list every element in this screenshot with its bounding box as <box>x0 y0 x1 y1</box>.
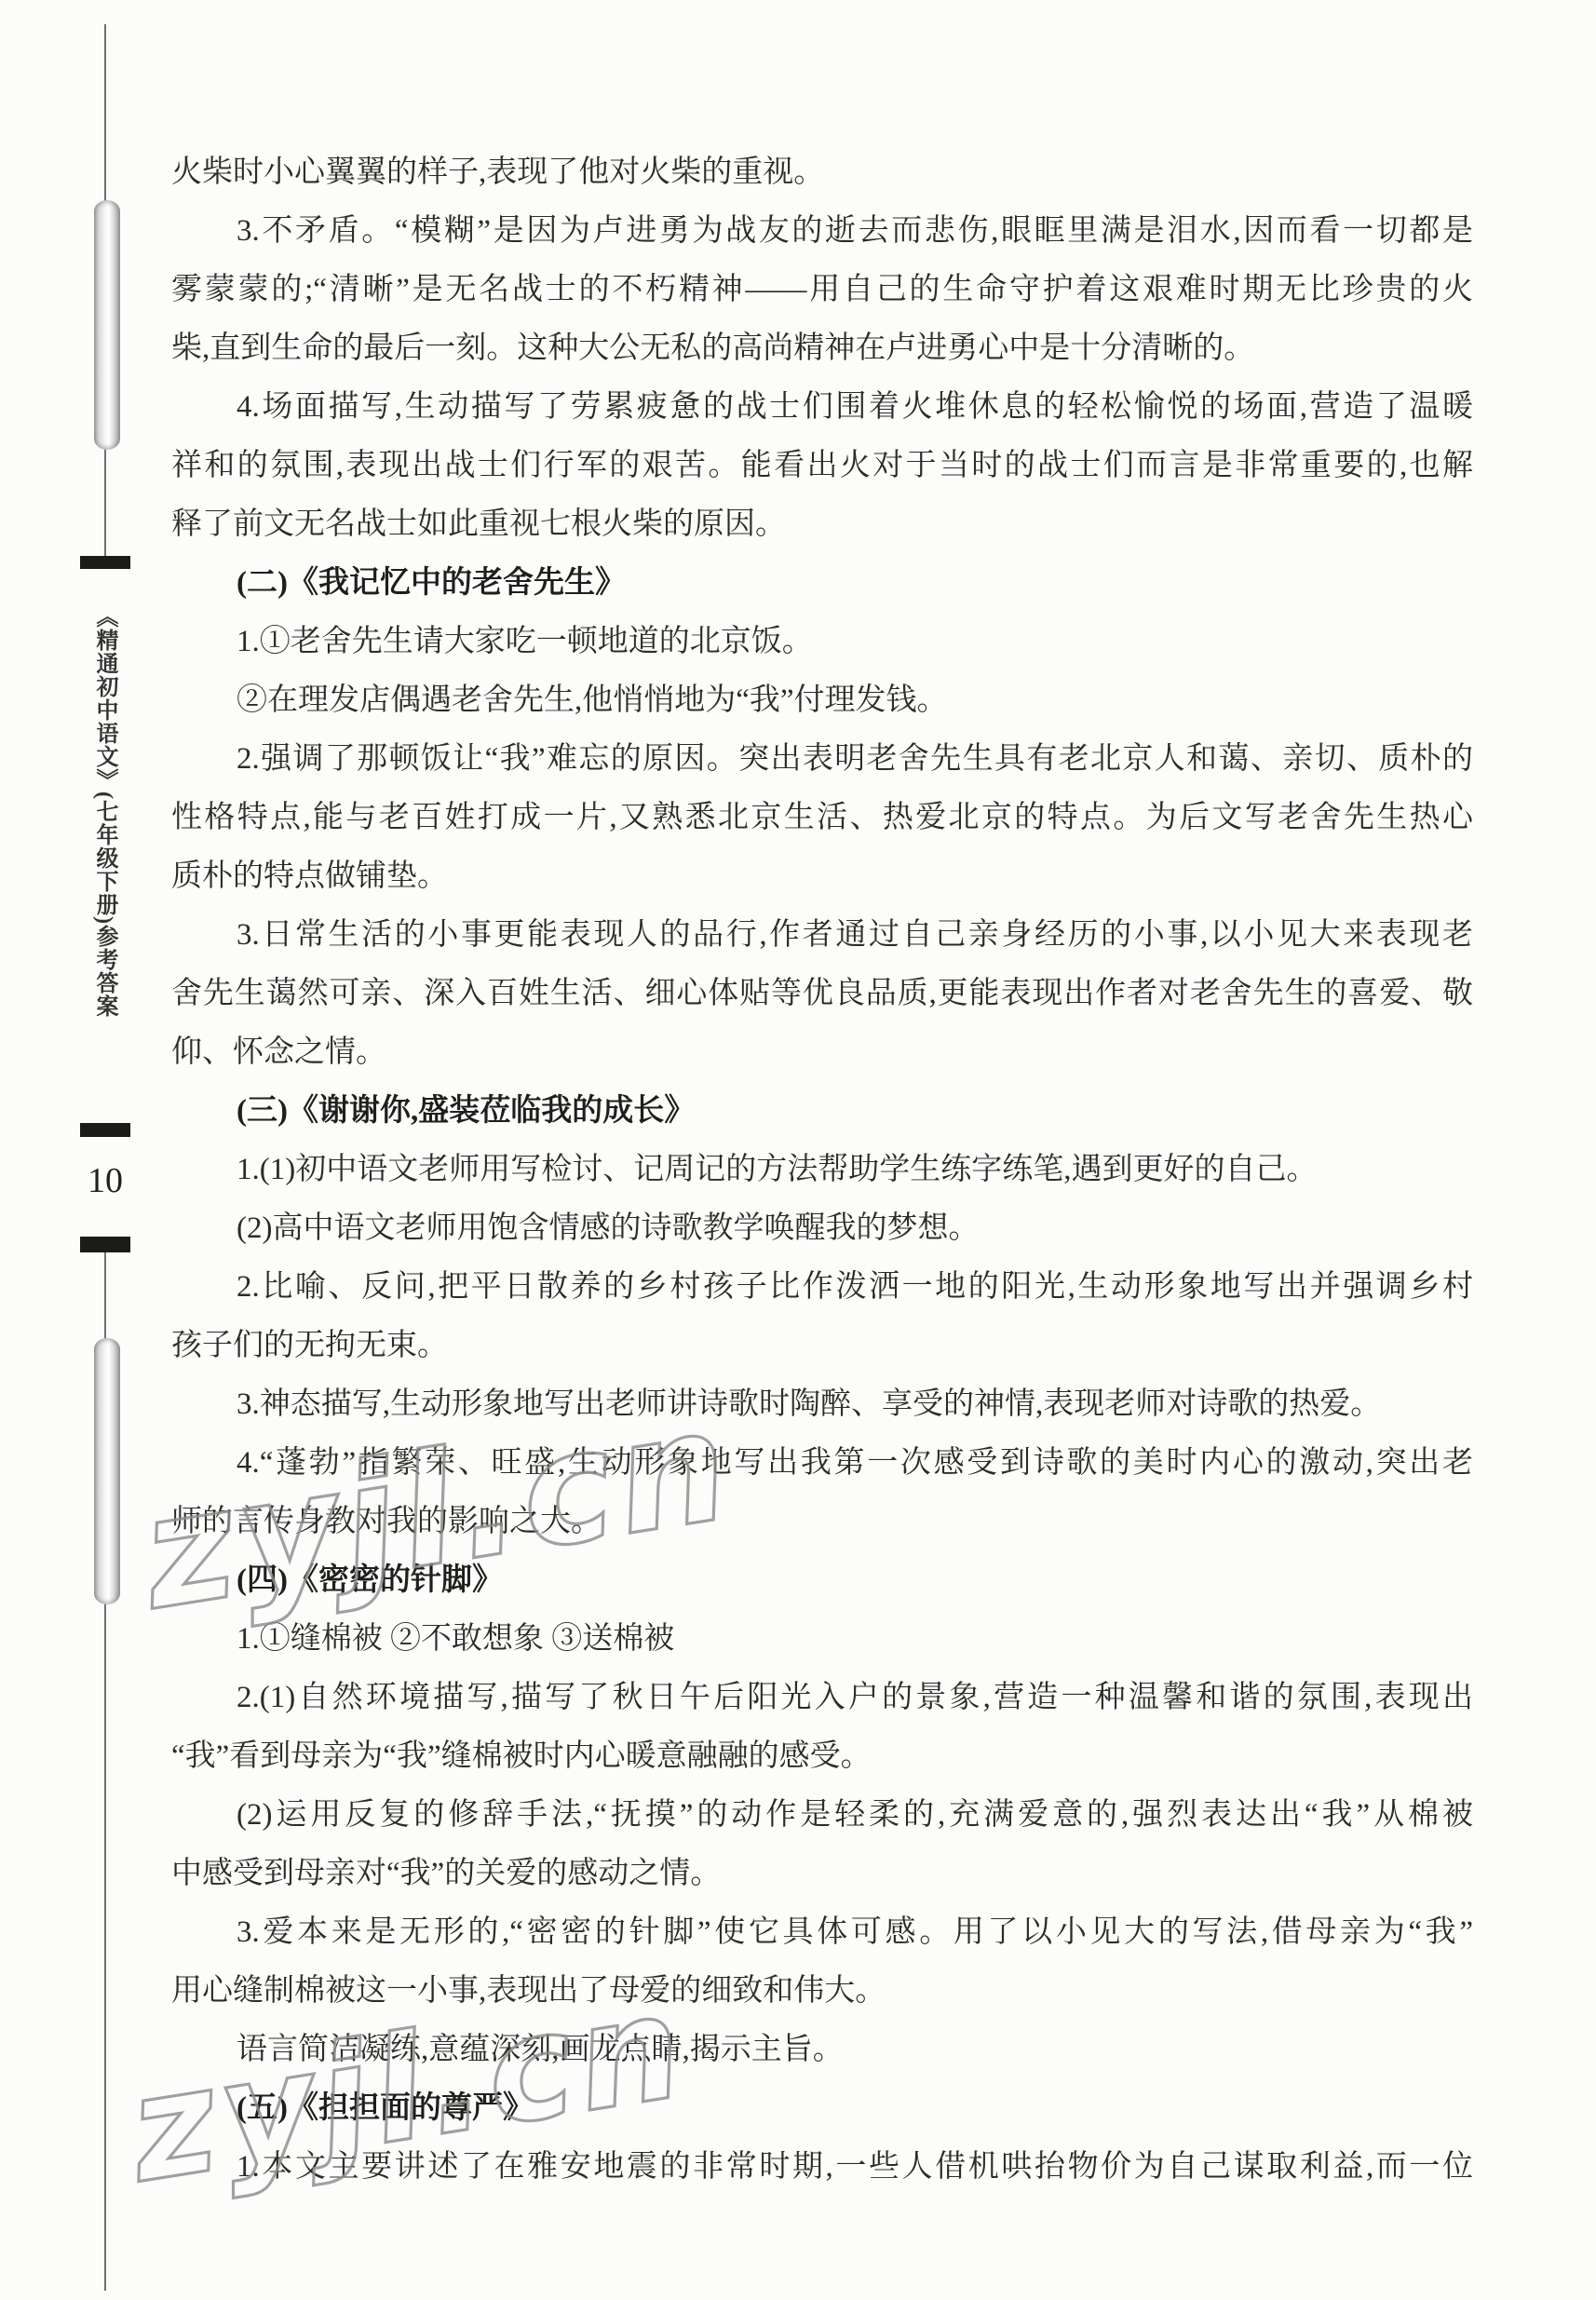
text-line: 师的言传身教对我的影响之大。 <box>171 1493 1473 1551</box>
text-line: “我”看到母亲为“我”缝棉被时内心暖意融融的感受。 <box>171 1727 1473 1786</box>
text-line: (2)高中语文老师用饱含情感的诗歌教学唤醒我的梦想。 <box>171 1199 1473 1258</box>
text-line: ②在理发店偶遇老舍先生,他悄悄地为“我”付理发钱。 <box>171 671 1473 730</box>
text-line: 3.不矛盾。“模糊”是因为卢进勇为战友的逝去而悲伤,眼眶里满是泪水,因而看一切都… <box>171 202 1473 261</box>
text-line: 4.“蓬勃”指繁荣、旺盛,生动形象地写出我第一次感受到诗歌的美时内心的激动,突出… <box>171 1434 1473 1493</box>
margin-black-bar-1 <box>80 556 130 569</box>
margin-black-bar-2 <box>80 1123 130 1137</box>
text-line: 1.①老舍先生请大家吃一顿地道的北京饭。 <box>171 613 1473 671</box>
text-line: 3.日常生活的小事更能表现人的品行,作者通过自己亲身经历的小事,以小见大来表现老 <box>171 906 1473 965</box>
margin-black-bar-3 <box>80 1237 130 1252</box>
book-title-vertical: 《精通初中语文》(七年级下册)参考答案 <box>88 605 121 1094</box>
text-line: 释了前文无名战士如此重视七根火柴的原因。 <box>171 495 1473 554</box>
margin-rod-ornament-bottom <box>94 1338 120 1604</box>
text-line: 孩子们的无拘无束。 <box>171 1317 1473 1375</box>
text-line: 性格特点,能与老百姓打成一片,又熟悉北京生活、热爱北京的特点。为后文写老舍先生热… <box>171 789 1473 847</box>
text-line: (2)运用反复的修辞手法,“抚摸”的动作是轻柔的,充满爱意的,强烈表达出“我”从… <box>171 1786 1473 1845</box>
text-line: 1.①缝棉被 ②不敢想象 ③送棉被 <box>171 1610 1473 1669</box>
scanned-book-page: 《精通初中语文》(七年级下册)参考答案 10 火柴时小心翼翼的样子,表现了他对火… <box>0 0 1596 2300</box>
text-line: 3.爱本来是无形的,“密密的针脚”使它具体可感。用了以小见大的写法,借母亲为“我… <box>171 1903 1473 1962</box>
text-line: 用心缝制棉被这一小事,表现出了母爱的细致和伟大。 <box>171 1962 1473 2021</box>
text-line: 1.(1)初中语文老师用写检讨、记周记的方法帮助学生练字练笔,遇到更好的自己。 <box>171 1141 1473 1199</box>
text-line: 1.本文主要讲述了在雅安地震的非常时期,一些人借机哄抬物价为自己谋取利益,而一位 <box>171 2138 1473 2197</box>
text-line: 祥和的氛围,表现出战士们行军的艰苦。能看出火对于当时的战士们而言是非常重要的,也… <box>171 437 1473 495</box>
section-title: (三)《谢谢你,盛装莅临我的成长》 <box>171 1082 1473 1141</box>
text-line: 火柴时小心翼翼的样子,表现了他对火柴的重视。 <box>171 143 1473 202</box>
text-line: 2.强调了那顿饭让“我”难忘的原因。突出表明老舍先生具有老北京人和蔼、亲切、质朴… <box>171 730 1473 789</box>
text-line: 雾蒙蒙的;“清晰”是无名战士的不朽精神——用自己的生命守护着这艰难时期无比珍贵的… <box>171 261 1473 319</box>
margin-rod-ornament-top <box>94 200 120 450</box>
section-title: (四)《密密的针脚》 <box>171 1551 1473 1610</box>
text-line: 2.比喻、反问,把平日散养的乡村孩子比作泼洒一地的阳光,生动形象地写出并强调乡村 <box>171 1258 1473 1317</box>
answer-text-block: 火柴时小心翼翼的样子,表现了他对火柴的重视。 3.不矛盾。“模糊”是因为卢进勇为… <box>171 143 1473 2197</box>
text-line: 3.神态描写,生动形象地写出老师讲诗歌时陶醉、享受的神情,表现老师对诗歌的热爱。 <box>171 1375 1473 1434</box>
text-line: 4.场面描写,生动描写了劳累疲惫的战士们围着火堆休息的轻松愉悦的场面,营造了温暖 <box>171 378 1473 437</box>
text-line: 2.(1)自然环境描写,描写了秋日午后阳光入户的景象,营造一种温馨和谐的氛围,表… <box>171 1669 1473 1727</box>
section-title: (二)《我记忆中的老舍先生》 <box>171 554 1473 613</box>
text-line: 中感受到母亲对“我”的关爱的感动之情。 <box>171 1845 1473 1903</box>
page-number: 10 <box>80 1160 130 1201</box>
text-line: 舍先生蔼然可亲、深入百姓生活、细心体贴等优良品质,更能表现出作者对老舍先生的喜爱… <box>171 965 1473 1023</box>
text-line: 仰、怀念之情。 <box>171 1023 1473 1082</box>
section-title: (五)《担担面的尊严》 <box>171 2079 1473 2138</box>
text-line: 语言简洁凝练,意蕴深刻,画龙点睛,揭示主旨。 <box>171 2021 1473 2079</box>
text-line: 柴,直到生命的最后一刻。这种大公无私的高尚精神在卢进勇心中是十分清晰的。 <box>171 319 1473 378</box>
text-line: 质朴的特点做铺垫。 <box>171 847 1473 906</box>
